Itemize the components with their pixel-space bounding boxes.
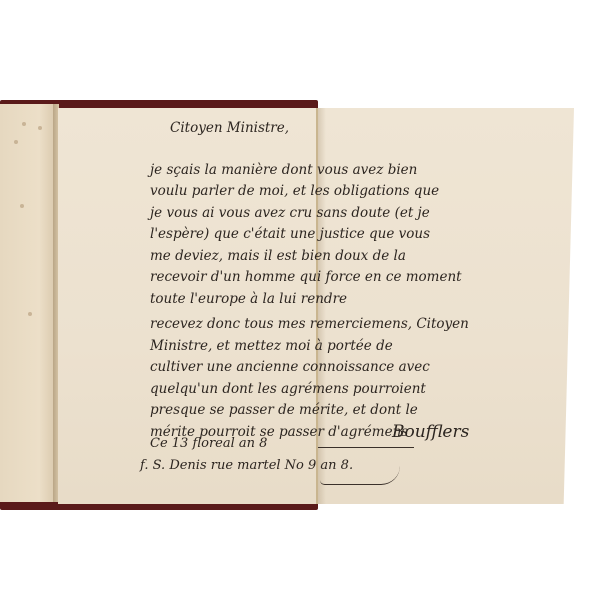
foxing-spot xyxy=(28,312,32,316)
book-photo: Citoyen Ministre, je sçais la manière do… xyxy=(0,0,600,600)
letter-line: je vous ai vous avez cru sans doute (et … xyxy=(150,203,520,225)
letter-line: recevoir d'un homme qui force en ce mome… xyxy=(150,267,520,289)
letter-line: recevez donc tous mes remerciemens, Cito… xyxy=(150,314,520,336)
left-page xyxy=(0,104,56,502)
letter-line: cultiver une ancienne connoissance avec xyxy=(150,357,520,379)
signature: Boufflers xyxy=(392,422,469,442)
letter-line: toute l'europe à la lui rendre xyxy=(150,289,520,311)
letter-date: Ce 13 floreal an 8 xyxy=(150,436,267,451)
letter-line: presque se passer de mérite, et dont le xyxy=(150,400,520,422)
foxing-spot xyxy=(38,126,42,130)
letter-line: je sçais la manière dont vous avez bien xyxy=(150,160,520,182)
pen-flourish xyxy=(320,466,400,485)
foxing-spot xyxy=(14,140,18,144)
foxing-spot xyxy=(22,122,26,126)
signature-underline xyxy=(318,447,414,448)
letter-salutation: Citoyen Ministre, xyxy=(170,118,520,140)
letter-line: l'espère) que c'était une justice que vo… xyxy=(150,224,520,246)
letter-line: quelqu'un dont les agrémens pourroient xyxy=(150,379,520,401)
letter-line: me deviez, mais il est bien doux de la xyxy=(150,246,520,268)
letter-line: voulu parler de moi, et les obligations … xyxy=(150,181,520,203)
handwritten-letter: Citoyen Ministre, je sçais la manière do… xyxy=(150,118,520,443)
foxing-spot xyxy=(20,204,24,208)
letter-line: Ministre, et mettez moi à portée de xyxy=(150,336,520,358)
